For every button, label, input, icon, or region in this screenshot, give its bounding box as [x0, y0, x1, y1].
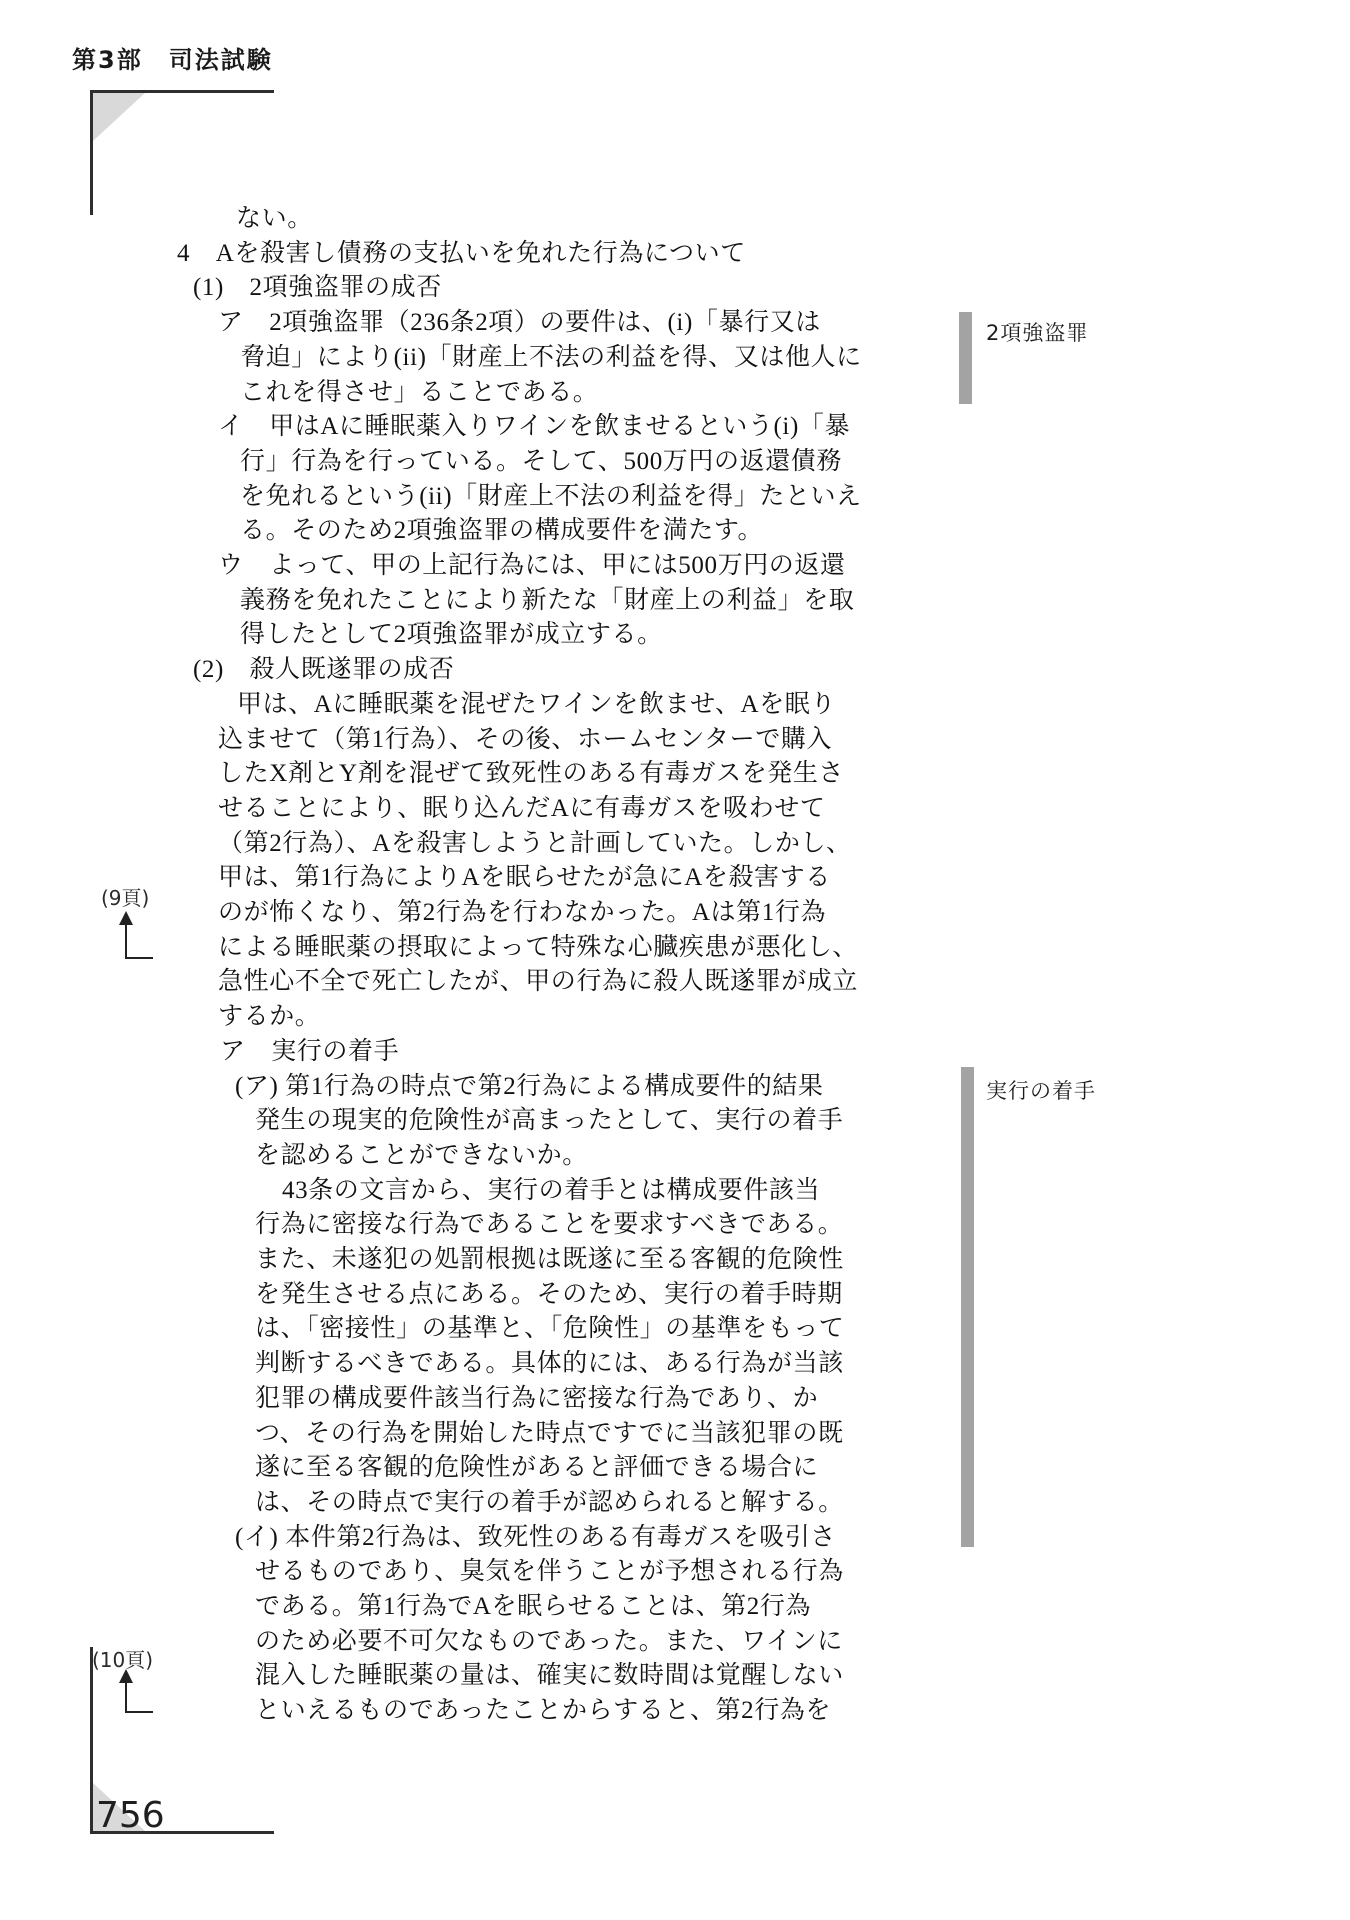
body-text-line: （第2行為）、Aを殺害しようと計画していた。しかし、 — [218, 830, 852, 858]
body-text-line: したX剤とY剤を混ぜて致死性のある有毒ガスを発生さ — [218, 760, 844, 788]
body-text-line: 43条の文言から、実行の着手とは構成要件該当 — [282, 1177, 820, 1205]
body-text-line: 発生の現実的危険性が高まったとして、実行の着手 — [255, 1107, 843, 1135]
body-text-line: ア 2項強盗罪（236条2項）の要件は、(i)「暴行又は — [218, 309, 821, 337]
body-text-line: また、未遂犯の処罰根拠は既遂に至る客観的危険性 — [255, 1246, 844, 1274]
body-text-line: は、「密接性」の基準と、「危険性」の基準をもって — [255, 1315, 844, 1343]
body-text-line: 急性心不全で死亡したが、甲の行為に殺人既遂罪が成立 — [218, 968, 858, 996]
body-text-line: するか。 — [218, 1003, 320, 1031]
margin-note: 実行の着手 — [986, 1075, 1096, 1105]
up-arrow-icon — [125, 1681, 127, 1713]
header-rule — [90, 90, 274, 93]
margin-note: 2項強盗罪 — [986, 317, 1088, 347]
body-text-line: といえるものであったことからすると、第2行為を — [255, 1697, 831, 1725]
body-text-line: 得したとして2項強盗罪が成立する。 — [240, 621, 663, 649]
body-text-line: ウ よって、甲の上記行為には、甲には500万円の返還 — [218, 552, 846, 580]
body-text-line: せることにより、眠り込んだAに有毒ガスを吸わせて — [218, 795, 825, 823]
left-border-bottom — [90, 1647, 93, 1834]
up-arrow-icon — [125, 1711, 153, 1713]
page-ref-label: (9頁) — [101, 882, 149, 911]
margin-bar — [959, 312, 972, 404]
corner-triangle-top — [93, 93, 145, 141]
body-text-line: 行為に密接な行為であることを要求すべきである。 — [255, 1211, 843, 1239]
body-text-line: は、その時点で実行の着手が認められると解する。 — [255, 1489, 844, 1517]
body-text-line: (イ) 本件第2行為は、致死性のある有毒ガスを吸引さ — [235, 1524, 836, 1552]
book-page: 第3部 司法試験 ない。4 Aを殺害し債務の支払いを免れた行為について(1) 2… — [0, 0, 1350, 1920]
body-text-line: 義務を免れたことにより新たな「財産上の利益」を取 — [240, 587, 854, 615]
body-text-line: 遂に至る客観的危険性があると評価できる場合に — [255, 1454, 818, 1482]
body-text-line: 混入した睡眠薬の量は、確実に数時間は覚醒しない — [255, 1662, 844, 1690]
body-text-line: を免れるという(ii)「財産上不法の利益を得」たといえ — [240, 483, 862, 511]
body-text-line: (2) 殺人既遂罪の成否 — [193, 656, 454, 684]
body-text-line: 甲は、Aに睡眠薬を混ぜたワインを飲ませ、Aを眠り — [237, 691, 836, 719]
body-text-line: これを得させ」ることである。 — [240, 379, 598, 407]
body-text-line: つ、その行為を開始した時点ですでに当該犯罪の既 — [255, 1420, 844, 1448]
body-text-line: を認めることができないか。 — [255, 1142, 588, 1170]
body-text-line: 脅迫」により(ii)「財産上不法の利益を得、又は他人に — [240, 344, 862, 372]
body-text-line: 行」行為を行っている。そして、500万円の返還債務 — [240, 448, 842, 476]
page-number: 756 — [96, 1795, 165, 1836]
body-text-line: 4 Aを殺害し債務の支払いを免れた行為について — [177, 240, 746, 268]
body-text-line: (ア) 第1行為の時点で第2行為による構成要件的結果 — [235, 1073, 824, 1101]
body-text-line: 込ませて（第1行為）、その後、ホームセンターで購入 — [218, 726, 832, 754]
body-text-line: のため必要不可欠なものであった。また、ワインに — [255, 1628, 843, 1656]
body-text-line: 犯罪の構成要件該当行為に密接な行為であり、か — [255, 1385, 818, 1413]
body-text-line: による睡眠薬の摂取によって特殊な心臓疾患が悪化し、 — [218, 934, 858, 962]
body-text-line: ない。 — [236, 205, 313, 233]
body-text-line: 判断するべきである。具体的には、ある行為が当該 — [255, 1350, 844, 1378]
body-text-line: を発生させる点にある。そのため、実行の着手時期 — [255, 1281, 843, 1309]
up-arrow-icon — [125, 957, 153, 959]
left-border-top — [90, 90, 93, 215]
body-text-line: ア 実行の着手 — [220, 1038, 399, 1066]
footer-rule — [90, 1831, 274, 1834]
up-arrow-icon — [125, 923, 127, 959]
body-text-line: イ 甲はAに睡眠薬入りワインを飲ませるという(i)「暴 — [218, 413, 850, 441]
body-text-line: せるものであり、臭気を伴うことが予想される行為 — [255, 1558, 844, 1586]
body-text-line: 甲は、第1行為によりAを眠らせたが急にAを殺害する — [218, 864, 831, 892]
body-text-line: である。第1行為でAを眠らせることは、第2行為 — [255, 1593, 811, 1621]
body-text-line: る。そのため2項強盗罪の構成要件を満たす。 — [240, 517, 763, 545]
margin-bar — [961, 1067, 974, 1547]
body-text-line: (1) 2項強盗罪の成否 — [193, 274, 442, 302]
part-header: 第3部 司法試験 — [72, 40, 273, 75]
body-text-line: のが怖くなり、第2行為を行わなかった。Aは第1行為 — [218, 899, 826, 927]
